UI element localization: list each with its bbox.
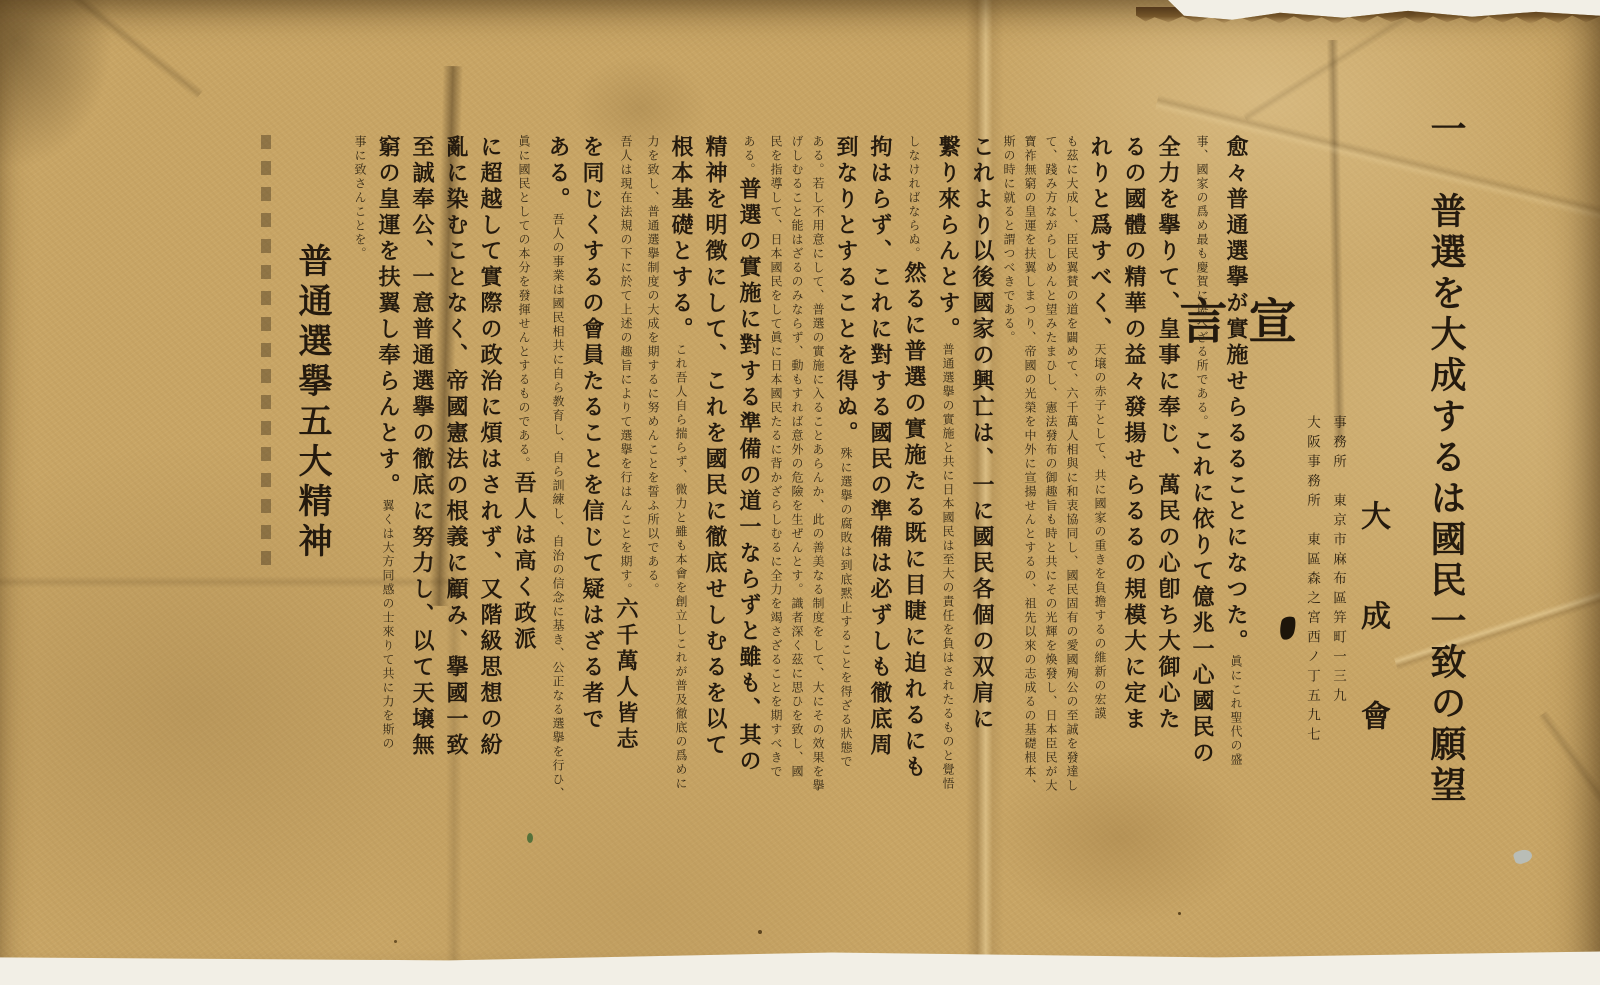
small-text-segment: 殊に選擧の腐敗は到底黙止することを得ざる狀態で xyxy=(839,447,853,769)
small-text-segment: 眞にこれ聖代の盛 xyxy=(1229,655,1243,767)
text-column: 繋り來らんとす。普通選擧の實施と共に日本國民は至大の責任を負はされたるものと覺悟 xyxy=(932,135,964,875)
body-text-flow: 愈々普通選擧が實施せらるることになつた。眞にこれ聖代の盛事、國家の爲め最も慶賀に… xyxy=(8,135,1252,875)
small-text-segment: 普通選擧の實施と共に日本國民は至大の責任を負はされたるものと覺悟 xyxy=(941,343,955,791)
small-text-segment: ある。 xyxy=(742,135,756,177)
text-column: 全力を擧りて、皇事に奉じ、萬民の心卽ち大御心た xyxy=(1152,135,1184,875)
main-text-segment: 亂に染むことなく、帝國憲法の根義に顧み、擧國一致 xyxy=(443,135,469,759)
text-column: ある。吾人の事業は國民相共に自ら教育し、自ら訓練し、自治の信念に基き、公正なる選… xyxy=(542,135,574,875)
main-text-segment: 至誠奉公、一意普通選擧の徹底に努力し、以て天壌無 xyxy=(409,135,435,759)
diagonal-crease-bottom-right xyxy=(1538,711,1600,882)
dark-speck xyxy=(394,940,397,943)
text-column: るの國體の精華の益々發揚せらるるの規模大に定ま xyxy=(1118,135,1150,875)
dark-speck xyxy=(1178,912,1181,915)
small-text-segment: これ吾人自ら揣らず、微力と雖も本會を創立しこれが普及徹底の爲めに xyxy=(674,343,688,791)
main-text-segment: れりと爲すべく、 xyxy=(1087,135,1113,343)
small-text-segment: て、踐み方ながらしめんと望みたまひし、憲法發布の御趣旨も時と共にその光輝を煥發し… xyxy=(1044,135,1058,793)
small-text-segment: 寶祚無窮の皇運を扶翼しまつり、帝國の光榮を中外に宣揚せんとするの、祖先以來の志成… xyxy=(1023,135,1037,793)
main-text-segment: 窮の皇運を扶翼し奉らんとす。 xyxy=(375,135,401,499)
text-column: しなければならぬ。然るに普選の實施たる既に目睫に迫れるにも xyxy=(898,135,930,875)
text-column: 寶祚無窮の皇運を扶翼しまつり、帝國の光榮を中外に宣揚せんとするの、祖先以來の志成… xyxy=(1021,135,1040,875)
text-column: 民を指導して、日本國民をして眞に日本國民たるに背かざらしむるに全力を竭さざること… xyxy=(767,135,786,875)
small-text-segment: 斯の時に就ると謂つべきである。 xyxy=(1002,135,1016,345)
small-text-segment: 民を指導して、日本國民をして眞に日本國民たるに背かざらしむるに全力を竭さざること… xyxy=(769,135,783,779)
section-heading: 普通選擧五大精神 xyxy=(289,135,335,875)
small-text-segment: も茲に大成し、臣民翼賛の道を闢めて、六千萬人相與に和衷協同し、國民固有の愛國殉公… xyxy=(1065,135,1079,793)
scanner-background: 一 普選を大成するは國民一致の願望 宣言 大成會 事務所 東京市麻布區笄町一三九… xyxy=(0,0,1600,985)
text-column: 事に致さんことを。 xyxy=(351,135,370,875)
text-column: 窮の皇運を扶翼し奉らんとす。翼くは大方同感の士來りて共に力を斯の xyxy=(372,135,404,875)
small-text-segment: 事、國家の爲め最も慶賀に堪へざる所である。 xyxy=(1195,135,1209,429)
cut-off-text-fragments xyxy=(261,135,271,565)
text-column: これより以後國家の興亡は、一に國民各個の双肩に xyxy=(966,135,998,875)
small-text-segment: 吾人の事業は國民相共に自ら教育し、自ら訓練し、自治の信念に基き、公正なる選擧を行… xyxy=(551,213,565,801)
small-text-segment: 力を致し、普通選擧制度の大成を期するに努めんことを誓ふ所以である。 xyxy=(646,135,660,597)
text-column: 吾人は現在法規の下に於て上述の趣旨によりて選擧を行はんことを期す。六千萬人皆志 xyxy=(610,135,642,875)
organization-name: 大成會 xyxy=(1350,500,1394,830)
torn-top-edge xyxy=(1136,7,1600,24)
main-text-segment: 愈々普通選擧が實施せらるることになつた。 xyxy=(1223,135,1249,655)
text-column: ある。普選の實施に對する準備の道一ならずと雖も、其の xyxy=(733,135,765,875)
main-text-segment: 全力を擧りて、皇事に奉じ、萬民の心卽ち大御心た xyxy=(1155,135,1181,733)
main-text-segment: 拘はらず、これに對する國民の準備は必ずしも徹底周 xyxy=(867,135,893,759)
text-column: を同じくするの會員たることを信じて疑はざる者で xyxy=(576,135,608,875)
small-text-segment: ある。若し不用意にして、普選の實施に入ることあらんか、此の善美なる制度をして、大… xyxy=(811,135,825,793)
ink-mark xyxy=(1277,615,1297,642)
small-text-segment: 翼くは大方同感の士來りて共に力を斯の xyxy=(381,499,395,751)
text-column: て、踐み方ながらしめんと望みたまひし、憲法發布の御趣旨も時と共にその光輝を煥發し… xyxy=(1042,135,1061,875)
text-column: 精神を明徴にして、これを國民に徹底せしむるを以て xyxy=(699,135,731,875)
text-column: も茲に大成し、臣民翼賛の道を闢めて、六千萬人相與に和衷協同し、國民固有の愛國殉公… xyxy=(1063,135,1082,875)
text-column: 事、國家の爲め最も慶賀に堪へざる所である。これに依りて億兆一心國民の xyxy=(1186,135,1218,875)
main-text-segment: 到なりとすることを得ぬ。 xyxy=(833,135,859,447)
small-text-segment: げしむること能はざるのみならず、動もすれば意外の危險を生ぜんとす。識者深く茲に思… xyxy=(790,135,804,779)
main-text-segment: 然るに普選の實施たる既に目睫に迫れるにも xyxy=(901,261,927,781)
text-column: 斯の時に就ると謂つべきである。 xyxy=(1000,135,1019,875)
small-text-segment: 吾人は現在法規の下に於て上述の趣旨によりて選擧を行はんことを期す。 xyxy=(619,135,633,597)
small-text-segment: 眞に國民としての本分を發揮せんとするものである。 xyxy=(517,135,531,471)
dark-speck xyxy=(758,930,762,934)
main-text-segment: るの國體の精華の益々發揚せらるるの規模大に定ま xyxy=(1121,135,1147,733)
text-column: 至誠奉公、一意普通選擧の徹底に努力し、以て天壌無 xyxy=(406,135,438,875)
text-column: げしむること能はざるのみならず、動もすれば意外の危險を生ぜんとす。識者深く茲に思… xyxy=(788,135,807,875)
text-column: 力を致し、普通選擧制度の大成を期するに努めんことを誓ふ所以である。 xyxy=(644,135,663,875)
small-text-segment: しなければならぬ。 xyxy=(907,135,921,261)
text-column: ある。若し不用意にして、普選の實施に入ることあらんか、此の善美なる制度をして、大… xyxy=(809,135,828,875)
main-text-segment: を同じくするの會員たることを信じて疑はざる者で xyxy=(579,135,605,733)
text-column: に超越して實際の政治に煩はされず、又階級思想の紛 xyxy=(474,135,506,875)
text-column: 到なりとすることを得ぬ。殊に選擧の腐敗は到底黙止することを得ざる狀態で xyxy=(830,135,862,875)
small-text-segment: 天壌の赤子として、共に國家の重きを負擔するの維新の宏謨 xyxy=(1093,343,1107,721)
crease-right-top xyxy=(1327,40,1346,440)
text-column: 愈々普通選擧が實施せらるることになつた。眞にこれ聖代の盛 xyxy=(1220,135,1252,875)
main-text-segment: 精神を明徴にして、これを國民に徹底せしむるを以て xyxy=(702,135,728,759)
main-text-segment: これに依りて億兆一心國民の xyxy=(1189,429,1215,767)
main-text-segment: 普選の實施に對する準備の道一ならずと雖も、其の xyxy=(736,177,762,775)
office-address-tokyo: 事務所 東京市麻布區笄町一三九 xyxy=(1328,415,1348,775)
diagonal-crease-top-left xyxy=(46,0,203,99)
document-title: 一 普選を大成するは國民一致の願望 xyxy=(1421,110,1472,834)
office-address-osaka: 大阪事務所 東區森之宮西ノ丁五九七 xyxy=(1302,415,1322,775)
main-text-segment: 根本基礎とする。 xyxy=(668,135,694,343)
grey-paper-fleck xyxy=(1512,848,1533,866)
main-text-segment: に超越して實際の政治に煩はされず、又階級思想の紛 xyxy=(477,135,503,759)
main-text-segment: 繋り來らんとす。 xyxy=(935,135,961,343)
small-text-segment: 事に致さんことを。 xyxy=(353,135,367,261)
text-column: 拘はらず、これに對する國民の準備は必ずしも徹底周 xyxy=(864,135,896,875)
paper-sheet: 一 普選を大成するは國民一致の願望 宣言 大成會 事務所 東京市麻布區笄町一三九… xyxy=(0,0,1600,985)
main-text-segment: ある。 xyxy=(545,135,571,213)
main-text-segment: 六千萬人皆志 xyxy=(613,597,639,753)
text-column: れりと爲すべく、天壌の赤子として、共に國家の重きを負擔するの維新の宏謨 xyxy=(1084,135,1116,875)
main-text-segment: これより以後國家の興亡は、一に國民各個の双肩に xyxy=(969,135,995,733)
main-text-segment: 吾人は高く政派 xyxy=(511,471,537,653)
text-column: 眞に國民としての本分を發揮せんとするものである。吾人は高く政派 xyxy=(508,135,540,875)
text-column: 亂に染むことなく、帝國憲法の根義に顧み、擧國一致 xyxy=(440,135,472,875)
text-column: 根本基礎とする。これ吾人自ら揣らず、微力と雖も本會を創立しこれが普及徹底の爲めに xyxy=(665,135,697,875)
diagonal-crease-top-right-2 xyxy=(1243,8,1418,122)
